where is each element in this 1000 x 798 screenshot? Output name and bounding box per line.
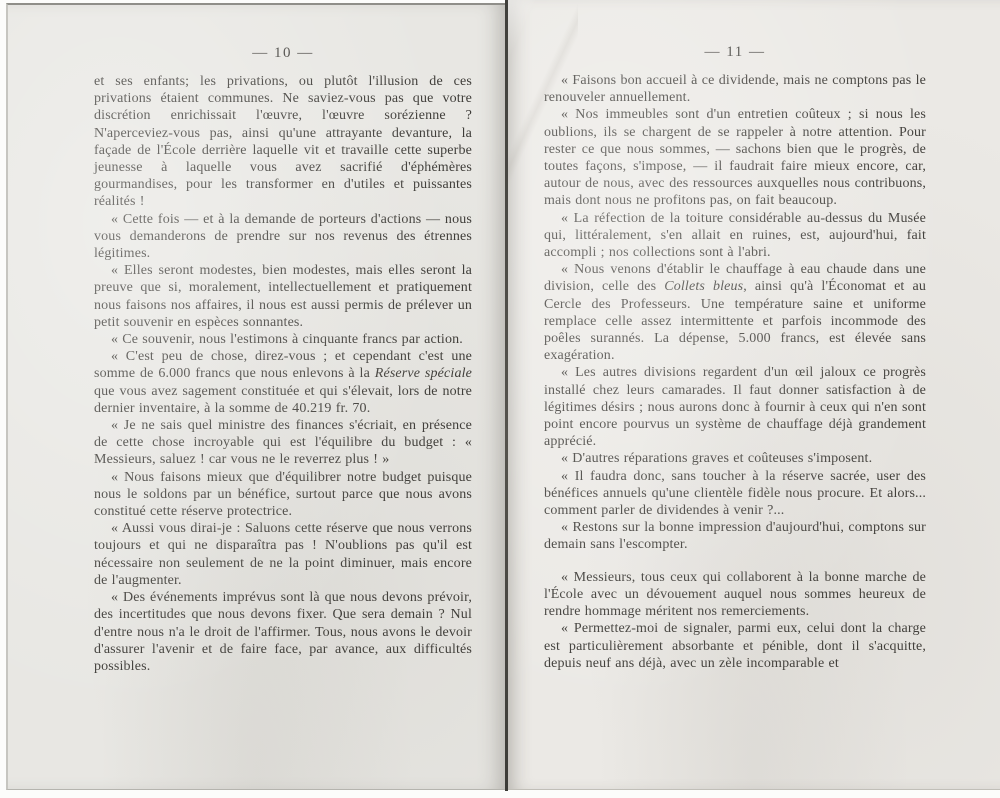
page-left: — 10 — et ses enfants; les privations, o…: [6, 3, 505, 790]
text-run: « Aussi vous dirai-je : Saluons cette ré…: [94, 521, 472, 588]
paragraph: « Elles seront modestes, bien modestes, …: [94, 262, 472, 331]
text-run: « Permettez-moi de signaler, parmi eux, …: [544, 621, 926, 670]
paragraph: « Des événements imprévus sont là que no…: [94, 589, 472, 675]
text-run: « Elles seront modestes, bien modestes, …: [94, 263, 472, 330]
text-run: « Nous faisons mieux que d'équilibrer no…: [94, 470, 472, 519]
book-spread: — 10 — et ses enfants; les privations, o…: [0, 0, 1000, 798]
paragraph: « Les autres divisions regardent d'un œi…: [544, 364, 926, 450]
text-run: « Des événements imprévus sont là que no…: [94, 590, 472, 674]
text-run: « Restons sur la bonne impression d'aujo…: [544, 520, 926, 552]
page-number-right: — 11 —: [544, 44, 926, 61]
paragraph: « Ce souvenir, nous l'estimons à cinquan…: [94, 331, 472, 348]
paragraph: « Restons sur la bonne impression d'aujo…: [544, 519, 926, 553]
right-page-text-column: — 11 — « Faisons bon accueil à ce divide…: [544, 44, 926, 672]
paragraph: « Cette fois — et à la demande de porteu…: [94, 211, 472, 263]
text-run: « La réfection de la toiture considérabl…: [544, 211, 926, 260]
left-page-text-column: — 10 — et ses enfants; les privations, o…: [94, 45, 472, 675]
paragraph: « La réfection de la toiture considérabl…: [544, 210, 926, 262]
paragraph: « Nous venons d'établir le chauffage à e…: [544, 261, 926, 364]
italic-text-run: Collets bleus: [664, 279, 743, 294]
paragraph: « Nos immeubles sont d'un entretien coût…: [544, 106, 926, 209]
page-right: — 11 — « Faisons bon accueil à ce divide…: [508, 0, 1000, 790]
paragraph: « Messieurs, tous ceux qui collaborent à…: [544, 569, 926, 621]
paragraph: « C'est peu de chose, direz-vous ; et ce…: [94, 348, 472, 417]
text-run: et ses enfants; les privations, ou plutô…: [94, 74, 472, 209]
paragraph: « Nous faisons mieux que d'équilibrer no…: [94, 469, 472, 521]
text-run: « Faisons bon accueil à ce dividende, ma…: [544, 73, 926, 105]
paragraph: « D'autres réparations graves et coûteus…: [544, 450, 926, 467]
paragraph: « Permettez-moi de signaler, parmi eux, …: [544, 620, 926, 672]
text-run: « Cette fois — et à la demande de porteu…: [94, 212, 472, 261]
page-number-left: — 10 —: [94, 45, 472, 62]
text-run: « Je ne sais quel ministre des finances …: [94, 418, 472, 467]
right-page-paragraphs: « Faisons bon accueil à ce dividende, ma…: [544, 72, 926, 672]
text-run: « D'autres réparations graves et coûteus…: [561, 451, 872, 466]
left-page-paragraphs: et ses enfants; les privations, ou plutô…: [94, 73, 472, 675]
paragraph: « Aussi vous dirai-je : Saluons cette ré…: [94, 520, 472, 589]
text-run: que vous avez sagement constituée et qui…: [94, 384, 472, 416]
text-run: « Messieurs, tous ceux qui collaborent à…: [544, 570, 926, 619]
text-run: « Ce souvenir, nous l'estimons à cinquan…: [111, 332, 463, 347]
paragraph: « Il faudra donc, sans toucher à la rése…: [544, 468, 926, 520]
paragraph: « Faisons bon accueil à ce dividende, ma…: [544, 72, 926, 106]
text-run: « Les autres divisions regardent d'un œi…: [544, 365, 926, 449]
text-run: « Nos immeubles sont d'un entretien coût…: [544, 107, 926, 208]
text-run: « Il faudra donc, sans toucher à la rése…: [544, 469, 926, 518]
paragraph: « Je ne sais quel ministre des finances …: [94, 417, 472, 469]
page-gutter-shadow: [505, 0, 508, 791]
italic-text-run: Réserve spéciale: [375, 366, 472, 381]
paragraph: et ses enfants; les privations, ou plutô…: [94, 73, 472, 211]
